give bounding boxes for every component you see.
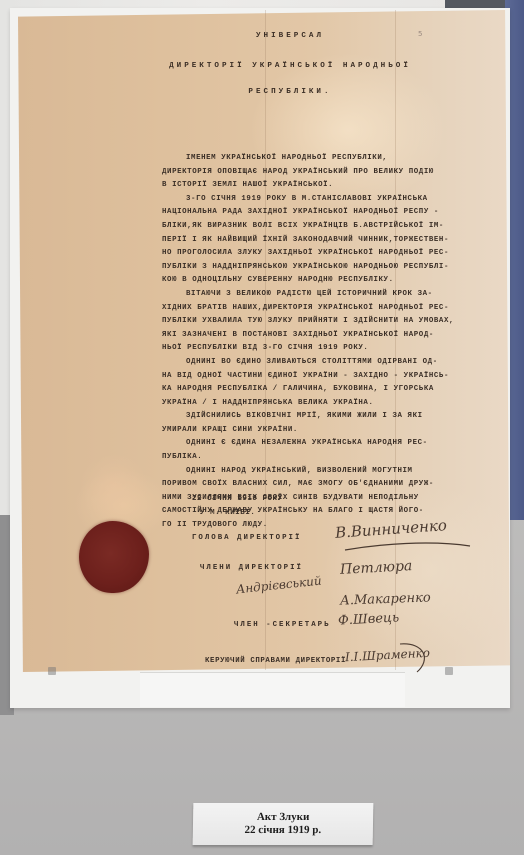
document-body-line: ОДНИНІ НАРОД УКРАЇНСЬКИЙ, ВИЗВОЛЕНИЙ МОГ… [162,465,422,479]
document-body-line: ОДНИНІ Є ЄДИНА НЕЗАЛЕЖНА УКРАЇНСЬКА НАРО… [162,437,422,451]
document-body-line: ПУБЛІКИ З НАДДНІПРЯНСЬКОЮ УКРАЇНСЬКОЮ НА… [162,261,422,275]
document-text: УНІВЕРСАЛ ДИРЕКТОРІЇ УКРАЇНСЬКОЇ НАРОДНЬ… [0,0,524,855]
document-body-line: БЛІКИ,ЯК ВИРАЗНИК ВОЛІ ВСІХ УКРАЇНЦІВ Б.… [162,220,422,234]
document-body: ІМЕНЕМ УКРАЇНСЬКОЇ НАРОДНЬОЇ РЕСПУБЛІКИ,… [162,152,422,533]
document-body-line: ЗДІЙСНИЛИСЬ ВІКОВІЧНІ МРІЇ, ЯКИМИ ЖИЛИ І… [162,410,422,424]
exhibit-label-title: Акт Злуки [193,811,373,824]
document-body-line: ДИРЕКТОРІЯ ОПОВІЩАЄ НАРОД УКРАЇНСЬКИЙ ПР… [162,166,422,180]
document-body-line: НА ВІД ОДНОЇ ЧАСТИНИ ЄДИНОЇ УКРАЇНИ - ЗА… [162,370,422,384]
signature-loop [395,638,435,678]
document-body-line: ОДНИНІ ВО ЄДИНО ЗЛИВАЮТЬСЯ СТОЛІТТЯМИ ОД… [162,356,422,370]
document-heading-directory: ДИРЕКТОРІЇ УКРАЇНСЬКОЇ НАРОДНЬОЇ [28,60,524,74]
document-body-line: ПУБЛІКА. [162,451,422,465]
document-body-line: В ІСТОРІЇ ЗЕМЛІ НАШОЇ УКРАЇНСЬКОЇ. [162,179,422,193]
document-body-line: ПЕРІЇ І ЯК НАЙВИЩИЙ ЇХНІЙ ЗАКОНОДАВЧИЙ Ч… [162,234,422,248]
document-date: 22 СІЧНЯ 1919 РОКУ [192,492,283,506]
document-body-line: НЬОЇ РЕСПУБЛІКИ ВІД 3-ГО СІЧНЯ 1919 РОКУ… [162,342,422,356]
document-heading-republic: РЕСПУБЛІКИ. [28,86,524,100]
document-heading-universal: УНІВЕРСАЛ [28,30,524,44]
document-body-line: ВІТАЮЧИ З ВЕЛИКОЮ РАДІСТЮ ЦЕЙ ІСТОРИЧНИЙ… [162,288,422,302]
document-body-line: КА НАРОДНЯ РЕСПУБЛІКА / ГАЛИЧИНА, БУКОВИ… [162,383,422,397]
document-body-line: КОЮ В ОДНОЦІЛЬНУ СУВЕРЕННУ НАРОДНЮ РЕСПУ… [162,274,422,288]
signature-flourish [340,536,480,556]
secretary-label: ЧЛЕН -СЕКРЕТАРЬ [234,619,331,633]
document-body-line: ЯКІ ЗАЗНАЧЕНІ В ПОСТАНОВІ ЗАХІДНЬОЇ УКРА… [162,329,422,343]
exhibit-label-card: Акт Злуки 22 січня 1919 р. [193,803,374,845]
signature-makarenko: А.Макаренко [340,590,431,608]
document-body-line: УКРАЇНА / І НАДДНІПРЯНСЬКА ВЕЛИКА УКРАЇН… [162,397,422,411]
document-body-line: ПУБЛІКИ УХВАЛИЛА ТУЮ ЗЛУКУ ПРИЙНЯТИ І ЗД… [162,315,422,329]
document-body-line: 3-ГО СІЧНЯ 1919 РОКУ В М.СТАНІСЛАВОВІ УК… [162,193,422,207]
document-body-line: ПОРИВОМ СВОЇХ ВЛАСНИХ СИЛ, МАЄ ЗМОГУ ОБ'… [162,478,422,492]
signature-shvets: Ф.Швець [338,610,400,628]
manager-label: КЕРУЮЧИЙ СПРАВАМИ ДИРЕКТОРІЇ [205,655,346,669]
document-body-line: ІМЕНЕМ УКРАЇНСЬКОЇ НАРОДНЬОЇ РЕСПУБЛІКИ, [162,152,422,166]
document-body-line: УМИРАЛИ КРАЩІ СИНИ УКРАЇНИ. [162,424,422,438]
document-body-line: НО ПРОГОЛОСИЛА ЗЛУКУ ЗАХІДНЬОЇ УКРАЇНСЬК… [162,247,422,261]
exhibit-label-date: 22 січня 1919 р. [193,824,373,837]
chairman-label: ГОЛОВА ДИРЕКТОРІЇ [192,532,301,546]
document-date-block: 22 СІЧНЯ 1919 РОКУ У М. КИЇВІ. [192,492,283,520]
document-place: У М. КИЇВІ. [192,506,283,520]
members-label: ЧЛЕНИ ДИРЕКТОРІЇ [200,562,303,576]
document-body-line: ХІДНИХ БРАТІВ НАШИХ,ДИРЕКТОРІЯ УКРАЇНСЬК… [162,302,422,316]
document-body-line: НАЦІОНАЛЬНА РАДА ЗАХІДНОЇ УКРАЇНСЬКОЇ НА… [162,206,422,220]
